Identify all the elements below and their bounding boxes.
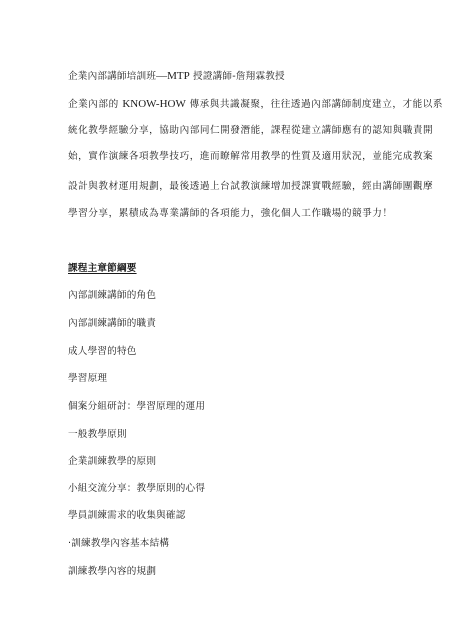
list-item: 企業訓練教學的原則 — [68, 456, 156, 468]
intro-line: 統化教學經驗分享，協助內部同仁開發潛能，課程從建立講師應有的認知與職責開 — [68, 125, 433, 137]
outline-heading: 課程主章節綱要 — [68, 263, 137, 275]
intro-line: 設計與教材運用規劃，最後透過上台試教演練增加授課實戰經驗，經由講師團觀摩 — [68, 181, 433, 193]
title-prefix: 企業內部講師培訓班 — [68, 71, 156, 82]
list-item: 一般教學原則 — [68, 429, 127, 441]
intro-text: 企業內部的 — [68, 99, 122, 110]
title-suffix: 授證講師-詹翔霖教授 — [190, 71, 285, 82]
intro-text: 統化教學經驗分享，協助內部同仁開發潛能，課程從建立講師應有的認知與職責開 — [68, 125, 433, 136]
intro-line: 企業內部的 KNOW-HOW 傳承與共識凝聚，往往透過內部講師制度建立，才能以系 — [68, 98, 443, 111]
list-item: 成人學習的特色 — [68, 346, 137, 358]
intro-text: 設計與教材運用規劃，最後透過上台試教演練增加授課實戰經驗，經由講師團觀摩 — [68, 181, 433, 192]
list-item: 學習原理 — [68, 373, 107, 385]
list-item: 學員訓練需求的收集與確認 — [68, 510, 186, 522]
intro-text: 傳承與共識凝聚，往往透過內部講師制度建立，才能以系 — [186, 99, 443, 110]
list-item: ·訓練教學內容基本結構 — [68, 538, 169, 550]
intro-text: 學習分享，累積成為專業講師的各項能力，強化個人工作職場的競爭力！ — [68, 208, 393, 219]
list-item: 訓練教學內容的規劃 — [68, 566, 156, 578]
document-title: 企業內部講師培訓班—MTP 授證講師-詹翔霖教授 — [68, 70, 285, 83]
list-item: 內部訓練講師的職責 — [68, 318, 156, 330]
intro-line: 始，實作演練各項教學技巧，進而瞭解常用教學的性質及適用狀況，並能完成教案 — [68, 151, 433, 163]
intro-latin-term: KNOW-HOW — [122, 98, 186, 110]
title-code: MTP — [167, 70, 190, 82]
intro-text: 始，實作演練各項教學技巧，進而瞭解常用教學的性質及適用狀況，並能完成教案 — [68, 151, 433, 162]
intro-line: 學習分享，累積成為專業講師的各項能力，強化個人工作職場的競爭力！ — [68, 208, 393, 220]
list-item: 內部訓練講師的角色 — [68, 290, 156, 302]
list-item: 個案分組研討：學習原理的運用 — [68, 401, 205, 413]
title-dash: — — [156, 70, 167, 82]
list-item: 小組交流分享：教學原則的心得 — [68, 483, 205, 495]
